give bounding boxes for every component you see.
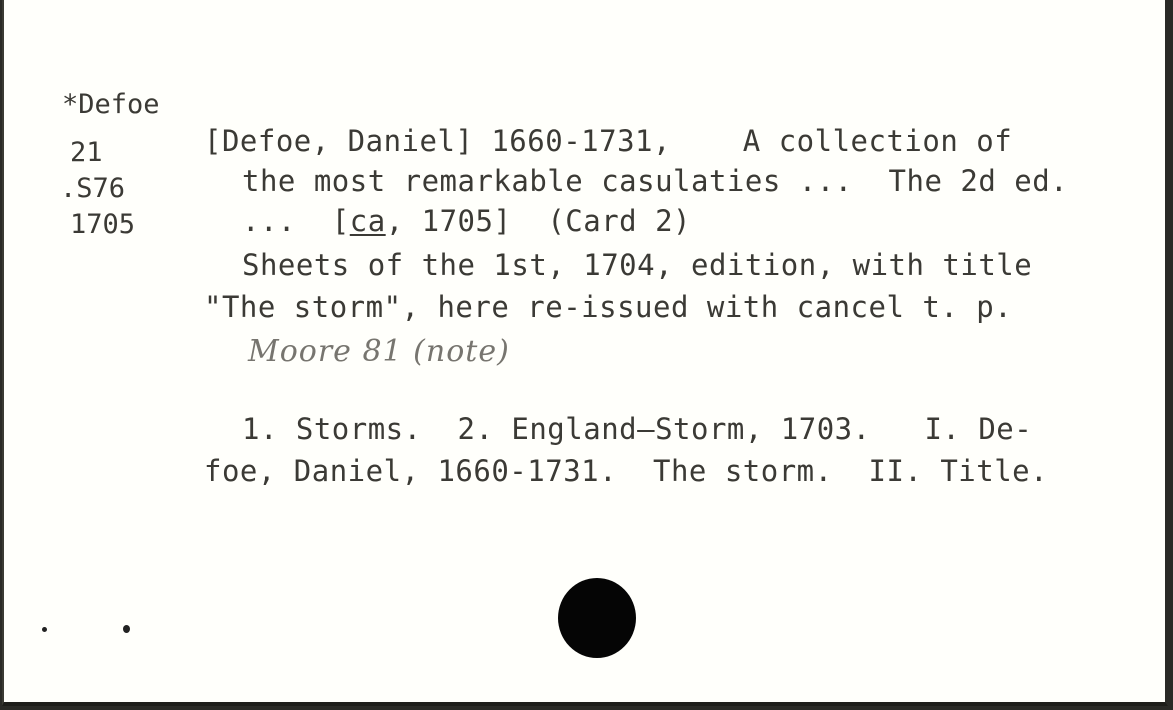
rod-hole-icon bbox=[558, 578, 636, 658]
entry-line-3: ... [ca, 1705] (Card 2) bbox=[242, 204, 691, 238]
entry-line-3-prefix: ... [ bbox=[242, 204, 350, 238]
entry-line-1: [Defoe, Daniel] 1660-1731, A collection … bbox=[204, 124, 1012, 158]
tracings-line-2: foe, Daniel, 1660-1731. The storm. II. T… bbox=[204, 454, 1048, 488]
entry-line-2: the most remarkable casulaties ... The 2… bbox=[242, 164, 1068, 198]
call-number-line-3: .S76 bbox=[60, 172, 125, 206]
call-number-line-1: *Defoe bbox=[62, 88, 160, 122]
call-number-line-2: 21 bbox=[70, 136, 103, 170]
call-number-line-4: 1705 bbox=[70, 208, 135, 242]
handwritten-annotation: Moore 81 (note) bbox=[248, 334, 510, 369]
tracings-line-1: 1. Storms. 2. England—Storm, 1703. I. De… bbox=[242, 412, 1032, 446]
catalog-card: *Defoe 21 .S76 1705 [Defoe, Daniel] 1660… bbox=[2, 0, 1168, 706]
ink-speck bbox=[42, 627, 47, 632]
note-line-1: Sheets of the 1st, 1704, edition, with t… bbox=[242, 248, 1032, 282]
entry-line-3-suffix: , 1705] (Card 2) bbox=[386, 204, 691, 238]
ink-speck bbox=[123, 625, 130, 633]
note-line-2: "The storm", here re-issued with cancel … bbox=[204, 290, 1012, 324]
entry-circa: ca bbox=[350, 204, 386, 238]
